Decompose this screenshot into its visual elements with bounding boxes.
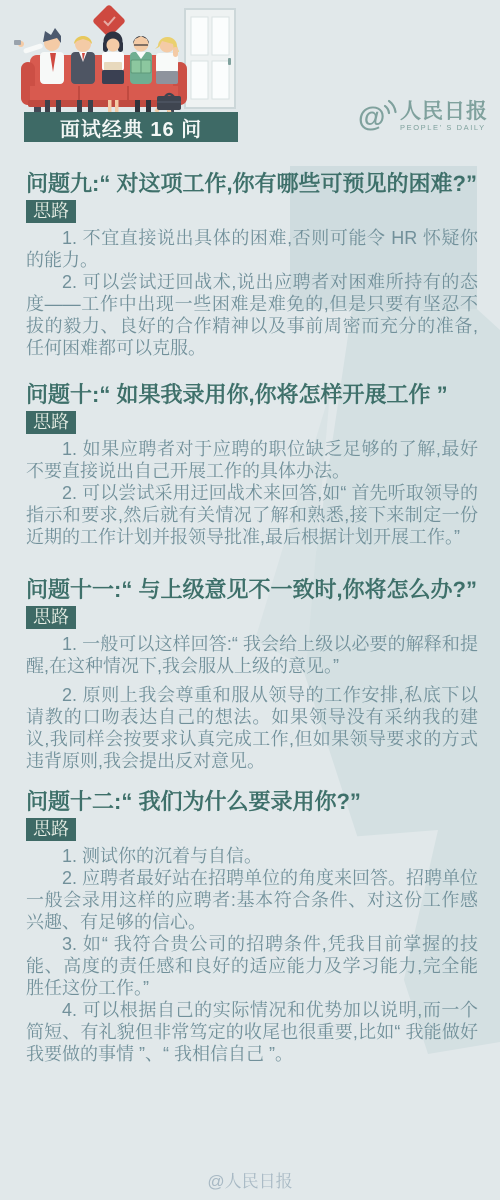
question-title: 问题九:“ 对这项工作,你有哪些可预见的困难?”	[26, 170, 478, 197]
footer-credit: @人民日报	[0, 1167, 500, 1192]
question-title: 问题十二:“ 我们为什么要录用你?”	[26, 788, 478, 815]
paragraph: 1. 测试你的沉着与自信。	[26, 845, 478, 867]
paragraph: 1. 如果应聘者对于应聘的职位缺乏足够的了解,最好不要直接说出自己开展工作的具体…	[26, 438, 478, 482]
question-body: 1. 测试你的沉着与自信。 2. 应聘者最好站在招聘单位的角度来回答。招聘单位一…	[26, 845, 478, 1065]
banner-title-text: 面试经典 16 问	[60, 113, 202, 142]
question-body: 1. 不宜直接说出具体的困难,否则可能令 HR 怀疑你的能力。 2. 可以尝试迂…	[26, 227, 478, 359]
paragraph: 2. 可以尝试采用迂回战术来回答,如“ 首先听取领导的指示和要求,然后就有关情况…	[26, 482, 478, 548]
question-section-11: 问题十一:“ 与上级意见不一致时,你将怎么办?” 思路 1. 一般可以这样回答:…	[26, 576, 478, 772]
paragraph: 2. 原则上我会尊重和服从领导的工作安排,私底下以请教的口吻表达自己的想法。如果…	[26, 684, 478, 772]
candidate-3	[102, 32, 124, 85]
logo-subtitle: PEOPLE' S DAILY	[400, 124, 488, 132]
question-section-10: 问题十:“ 如果我录用你,你将怎样开展工作 ” 思路 1. 如果应聘者对于应聘的…	[26, 381, 478, 548]
infographic-page: 面试经典 16 问 @ 人民日报 PEOPLE' S DAILY 问题九:“ 对…	[0, 0, 500, 1200]
paragraph: 2. 可以尝试迂回战术,说出应聘者对困难所持有的态度——工作中出现一些困难是难免…	[26, 271, 478, 359]
thinking-label: 思路	[26, 200, 76, 223]
paragraph: 1. 不宜直接说出具体的困难,否则可能令 HR 怀疑你的能力。	[26, 227, 478, 271]
content-area: 问题九:“ 对这项工作,你有哪些可预见的困难?” 思路 1. 不宜直接说出具体的…	[26, 170, 478, 1065]
question-title: 问题十:“ 如果我录用你,你将怎样开展工作 ”	[26, 381, 478, 408]
paragraph: 1. 一般可以这样回答:“ 我会给上级以必要的解释和提醒,在这种情况下,我会服从…	[26, 633, 478, 677]
paragraph: 3. 如“ 我符合贵公司的招聘条件,凭我目前掌握的技能、高度的责任感和良好的适应…	[26, 933, 478, 999]
logo-text: 人民日报 PEOPLE' S DAILY	[400, 101, 488, 132]
banner-title: 面试经典 16 问	[24, 112, 238, 142]
logo-name: 人民日报	[400, 101, 488, 122]
question-body: 1. 一般可以这样回答:“ 我会给上级以必要的解释和提醒,在这种情况下,我会服从…	[26, 633, 478, 772]
candidate-4	[130, 36, 152, 84]
door-icon	[185, 9, 235, 108]
thinking-label: 思路	[26, 411, 76, 434]
peoples-daily-logo: @ 人民日报 PEOPLE' S DAILY	[358, 97, 488, 135]
thinking-label: 思路	[26, 606, 76, 629]
svg-text:@: @	[358, 101, 385, 132]
question-section-12: 问题十二:“ 我们为什么要录用你?” 思路 1. 测试你的沉着与自信。 2. 应…	[26, 788, 478, 1065]
candidate-5	[155, 37, 179, 84]
candidate-2	[71, 36, 95, 84]
briefcase-icon	[157, 94, 181, 110]
thinking-label: 思路	[26, 818, 76, 841]
paragraph: 4. 可以根据自己的实际情况和优势加以说明,而一个简短、有礼貌但非常笃定的收尾也…	[26, 999, 478, 1065]
at-broadcast-icon: @	[358, 97, 398, 135]
door-handle	[228, 58, 231, 65]
question-body: 1. 如果应聘者对于应聘的职位缺乏足够的了解,最好不要直接说出自己开展工作的具体…	[26, 438, 478, 548]
paragraph: 2. 应聘者最好站在招聘单位的角度来回答。招聘单位一般会录用这样的应聘者:基本符…	[26, 867, 478, 933]
question-section-9: 问题九:“ 对这项工作,你有哪些可预见的困难?” 思路 1. 不宜直接说出具体的…	[26, 170, 478, 359]
question-title: 问题十一:“ 与上级意见不一致时,你将怎么办?”	[26, 576, 478, 603]
